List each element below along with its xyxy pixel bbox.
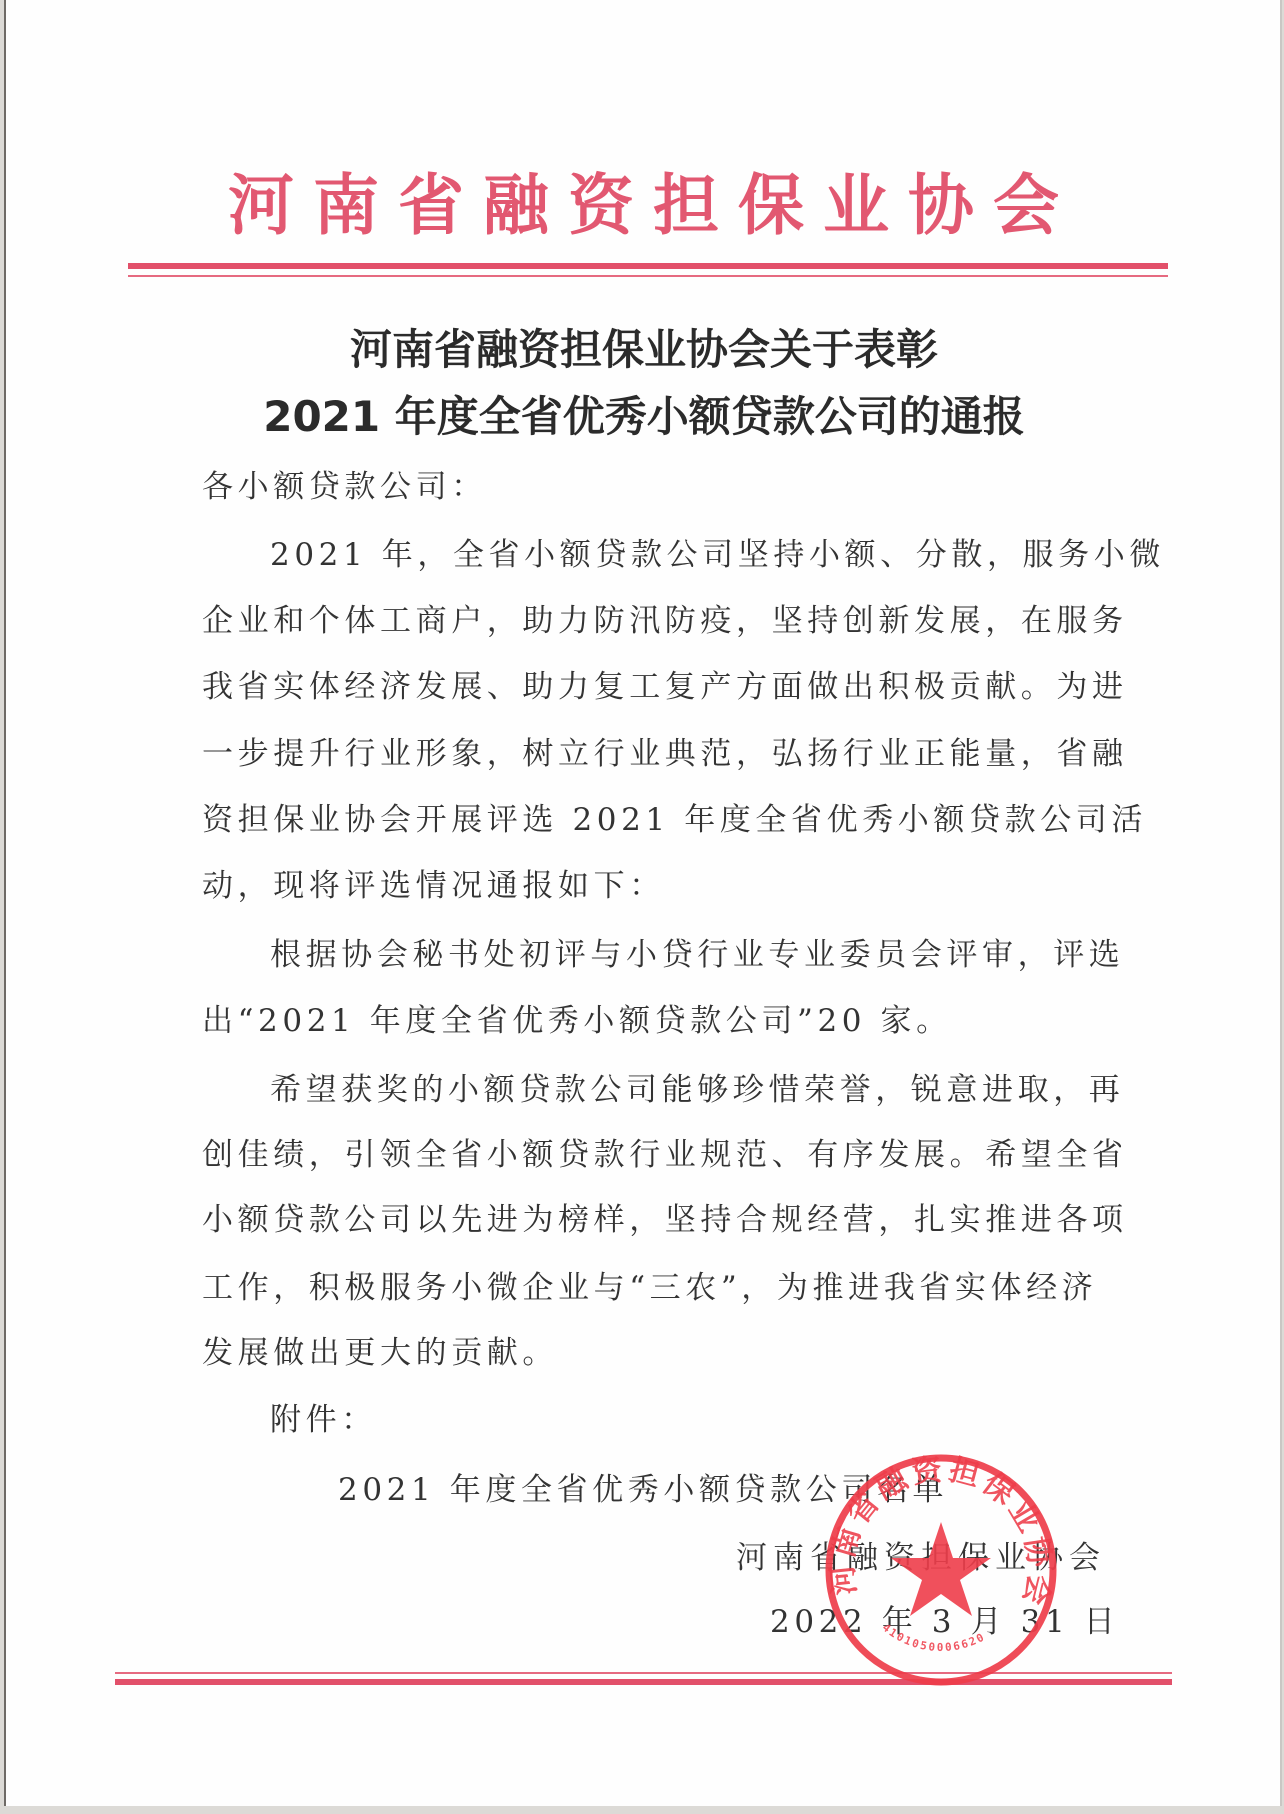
bottom-rule-thick [115, 1679, 1172, 1685]
attachment-item: 2021 年度全省优秀小额贷款公司名单 [338, 1470, 948, 1510]
body-line: 企业和个体工商户，助力防汛防疫，坚持创新发展，在服务 [202, 601, 1128, 641]
document-page: 河南省融资担保业协会 河南省融资担保业协会关于表彰 2021 年度全省优秀小额贷… [4, 0, 1282, 1806]
signature-org: 河南省融资担保业协会 [736, 1538, 1106, 1578]
letterhead-org-name: 河南省融资担保业协会 [228, 160, 1078, 250]
attachment-label: 附件： [270, 1400, 377, 1440]
salutation: 各小额贷款公司： [202, 467, 487, 507]
body-line: 发展做出更大的贡献。 [202, 1333, 558, 1373]
body-line: 创佳绩，引领全省小额贷款行业规范、有序发展。希望全省 [202, 1135, 1128, 1175]
body-line: 工作，积极服务小微企业与“三农”，为推进我省实体经济 [202, 1268, 1097, 1308]
signature-date: 2022 年 3 月 31 日 [770, 1602, 1119, 1642]
body-line: 根据协会秘书处初评与小贷行业专业委员会评审，评选 [270, 935, 1124, 975]
top-rule-thick [128, 263, 1168, 269]
body-line: 动，现将评选情况通报如下： [202, 866, 665, 906]
body-line: 希望获奖的小额贷款公司能够珍惜荣誉，锐意进取，再 [270, 1070, 1124, 1110]
document-title-line-1: 河南省融资担保业协会关于表彰 [2, 325, 1284, 375]
bottom-rule-thin [115, 1672, 1172, 1674]
body-line: 出“2021 年度全省优秀小额贷款公司”20 家。 [202, 1001, 952, 1041]
body-line: 一步提升行业形象，树立行业典范，弘扬行业正能量，省融 [202, 734, 1128, 774]
body-line: 我省实体经济发展、助力复工复产方面做出积极贡献。为进 [202, 667, 1128, 707]
body-line: 资担保业协会开展评选 2021 年度全省优秀小额贷款公司活 [202, 800, 1147, 840]
top-rule-thin [128, 275, 1168, 277]
body-line: 2021 年，全省小额贷款公司坚持小额、分散，服务小微 [270, 535, 1165, 575]
document-title-line-2: 2021 年度全省优秀小额贷款公司的通报 [2, 392, 1284, 442]
body-line: 小额贷款公司以先进为榜样，坚持合规经营，扎实推进各项 [202, 1200, 1128, 1240]
